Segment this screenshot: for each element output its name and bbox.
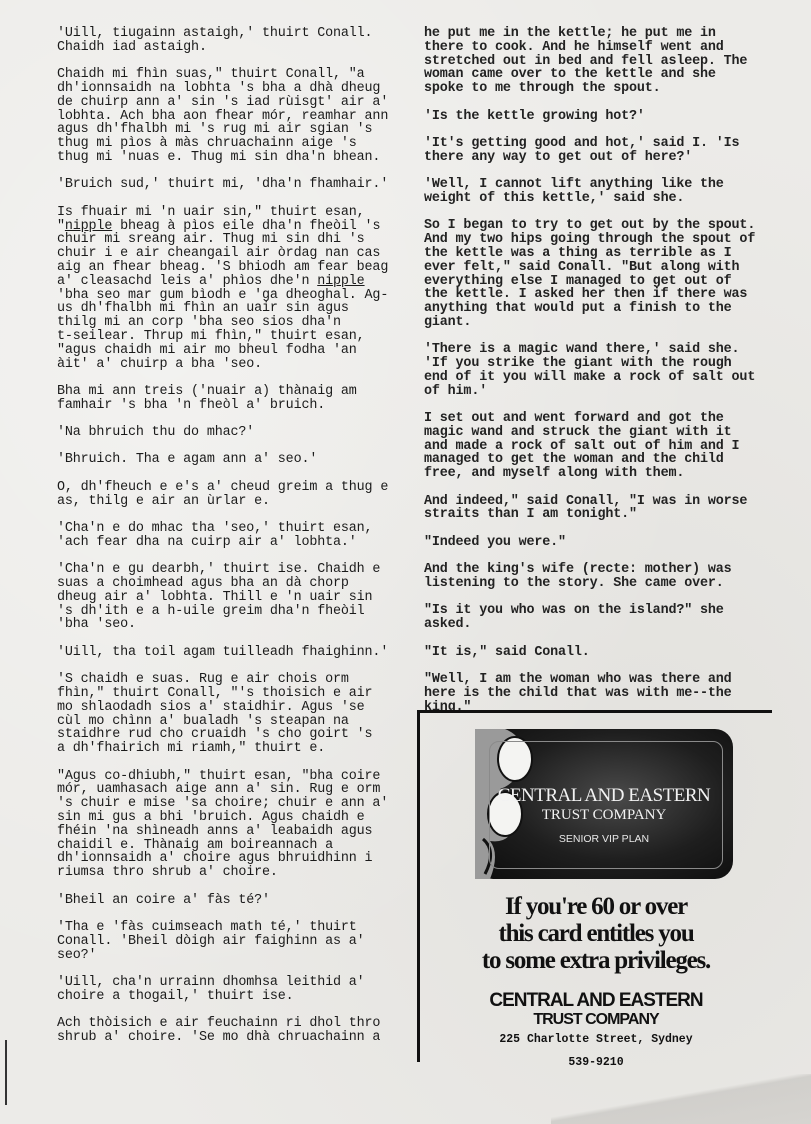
text-line: there to cook. And he himself went and (424, 41, 794, 55)
paragraph: 'Uill, tiugainn astaigh,' thuirt Conall.… (57, 27, 407, 55)
text-line: I set out and went forward and got the (424, 412, 794, 426)
text-line: "agus chaidh mi air mo bheul fodha 'an (57, 344, 407, 358)
text-line: straits than I am tonight." (424, 508, 794, 522)
paragraph: "Indeed you were." (424, 536, 794, 550)
text-line: us dh'fhalbh mi fhìn an uair sin agus (57, 302, 407, 316)
text-line: he put me in the kettle; he put me in (424, 27, 794, 41)
text-line: 'bha 'seo. (57, 618, 407, 632)
paragraph: "Agus co-dhiubh," thuirt esan, "bha coir… (57, 770, 407, 880)
text-line: 'Cha'n e gu dearbh,' thuirt ise. Chaidh … (57, 563, 407, 577)
paragraph: he put me in the kettle; he put me inthe… (424, 27, 794, 96)
card-company-name: CENTRAL AND EASTERN (475, 785, 733, 807)
text-line: managed to get the woman and the child (424, 453, 794, 467)
text-line: mór, uamhasach aige ann a' sin. Rug e or… (57, 783, 407, 797)
text-line: as, thilg e air an ùrlar e. (57, 495, 407, 509)
text-line: thilg mi an corp 'bha seo sios dha'n (57, 316, 407, 330)
text-line: fhéin 'na shìneadh anns a' leabaidh agus (57, 825, 407, 839)
paragraph: 'It's getting good and hot,' said I. 'Is… (424, 137, 794, 165)
text-line: 's chuir e mise 'sa choire; chuir e ann … (57, 797, 407, 811)
text-line: 'Is the kettle growing hot?' (424, 110, 794, 124)
paragraph: And the king's wife (recte: mother) wasl… (424, 563, 794, 591)
card-plan-name: SENIOR VIP PLAN (475, 833, 733, 845)
paragraph: 'Bhruich. Tha e agam ann a' seo.' (57, 453, 407, 467)
text-line: lobhta. Ach bha aon fhear mór, reamhar a… (57, 110, 407, 124)
paragraph: 'Is the kettle growing hot?' (424, 110, 794, 124)
left-column-gaelic-text: 'Uill, tiugainn astaigh,' thuirt Conall.… (57, 27, 407, 1058)
text-line: àit' a' chuirp a bha 'seo. (57, 358, 407, 372)
text-line: And indeed," said Conall, "I was in wors… (424, 495, 794, 509)
text-line: free, and myself along with them. (424, 467, 794, 481)
torn-page-corner (551, 1074, 811, 1124)
paragraph: "Well, I am the woman who was there andh… (424, 673, 794, 714)
paragraph: 'Cha'n e gu dearbh,' thuirt ise. Chaidh … (57, 563, 407, 632)
paragraph: O, dh'fheuch e e's a' cheud greim a thug… (57, 481, 407, 509)
text-line: "nipple bheag à pìos eile dha'n fheòil '… (57, 220, 407, 234)
text-line: dh'ionnsaidh a' choire agus bhruidhinn i (57, 852, 407, 866)
paragraph: 'Uill, tha toil agam tuilleadh fhaighinn… (57, 646, 407, 660)
text-line: thug mi pìos à màs chruachainn aige 's (57, 137, 407, 151)
paragraph: 'Na bhruich thu do mhac?' (57, 426, 407, 440)
text-line: 'bha seo mar gum bìodh e 'ga dheoghal. A… (57, 289, 407, 303)
text-line: Chaidh iad astaigh. (57, 41, 407, 55)
advertisement-box: CENTRAL AND EASTERN TRUST COMPANY SENIOR… (417, 710, 772, 1062)
text-line: asked. (424, 618, 794, 632)
text-line: 'Uill, tha toil agam tuilleadh fhaighinn… (57, 646, 407, 660)
text-line: Chaidh mi fhìn suas," thuirt Conall, "a (57, 68, 407, 82)
text-line: agus dh'fhalbh mi 's rug mi air sgian 's (57, 123, 407, 137)
paragraph: 'Cha'n e do mhac tha 'seo,' thuirt esan,… (57, 522, 407, 550)
text-line: de chuirp ann a' sin 's iad rùisgt' air … (57, 96, 407, 110)
text-line: woman came over to the kettle and she (424, 68, 794, 82)
ad-headline-line: to some extra privileges. (420, 947, 772, 974)
text-line: 'There is a magic wand there,' said she. (424, 343, 794, 357)
text-line: fhìn," thuirt Conall, "'s thoisich e air (57, 687, 407, 701)
text-line: ever felt," said Conall. "But along with (424, 261, 794, 275)
text-line: So I began to try to get out by the spou… (424, 219, 794, 233)
text-line: mo shlaodadh sios a' staidhir. Agus 'se (57, 701, 407, 715)
paragraph: 'S chaidh e suas. Rug e air chois ormfhì… (57, 673, 407, 756)
text-line: cùl mo chìnn a' bualadh 's steapan na (57, 715, 407, 729)
paragraph: 'Uill, cha'n urrainn dhomhsa leithid a'c… (57, 976, 407, 1004)
paragraph: Bha mi ann treis ('nuair a) thànaig amfa… (57, 385, 407, 413)
paragraph: "It is," said Conall. (424, 646, 794, 660)
text-line: And the king's wife (recte: mother) was (424, 563, 794, 577)
text-line: the kettle. I asked her then if there wa… (424, 288, 794, 302)
membership-card-image: CENTRAL AND EASTERN TRUST COMPANY SENIOR… (475, 729, 733, 879)
text-line: spoke to me through the spout. (424, 82, 794, 96)
text-line: Ach thòisich e air feuchainn ri dhol thr… (57, 1017, 407, 1031)
text-line: 'Bruich sud,' thuirt mi, 'dha'n fhamhair… (57, 178, 407, 192)
text-line: magic wand and struck the giant with it (424, 426, 794, 440)
text-line: suas a choimhead agus bha an dà chorp (57, 577, 407, 591)
text-line: famhair 's bha 'n fheòl a' bruich. (57, 399, 407, 413)
text-line: the kettle was a thing as terrible as I (424, 247, 794, 261)
text-line: 'Uill, cha'n urrainn dhomhsa leithid a' (57, 976, 407, 990)
paragraph: And indeed," said Conall, "I was in wors… (424, 495, 794, 523)
ad-headline: If you're 60 or over this card entitles … (420, 893, 772, 974)
text-line: 'If you strike the giant with the rough (424, 357, 794, 371)
ad-headline-line: this card entitles you (420, 920, 772, 947)
text-line: 'Uill, tiugainn astaigh,' thuirt Conall. (57, 27, 407, 41)
text-line: aig an fhear bheag. 'S bhiodh am fear be… (57, 261, 407, 275)
text-line: staidhre rud cho cruaidh 's cho goirt 's (57, 728, 407, 742)
text-line: shrub a' choire. 'Se mo dhà chruachainn … (57, 1031, 407, 1045)
text-line: 'Bheil an coire a' fàs té?' (57, 894, 407, 908)
card-company-subtitle: TRUST COMPANY (475, 807, 733, 824)
text-line: thug mi 'nuas e. Thug mi sin dha'n bhean… (57, 151, 407, 165)
text-line: "Agus co-dhiubh," thuirt esan, "bha coir… (57, 770, 407, 784)
text-line: "Is it you who was on the island?" she (424, 604, 794, 618)
text-line: a dh'fhairich mi riamh," thuirt e. (57, 742, 407, 756)
text-line: a' cleasachd leis a' phìos dhe'n nipple (57, 275, 407, 289)
text-line: "Well, I am the woman who was there and (424, 673, 794, 687)
text-line: of him.' (424, 385, 794, 399)
paragraph: "Is it you who was on the island?" sheas… (424, 604, 794, 632)
text-line: stretched out in bed and fell asleep. Th… (424, 55, 794, 69)
text-line: 'Well, I cannot lift anything like the (424, 178, 794, 192)
text-line: 's dh'ith e a h-uile greim dha'n fheòil (57, 605, 407, 619)
text-line: 'ach fear dha na cuirp air a' lobhta.' (57, 536, 407, 550)
text-line: Bha mi ann treis ('nuair a) thànaig am (57, 385, 407, 399)
text-line: "It is," said Conall. (424, 646, 794, 660)
text-line: 'It's getting good and hot,' said I. 'Is (424, 137, 794, 151)
text-line: riumsa thro shrub a' choire. (57, 866, 407, 880)
text-line: giant. (424, 316, 794, 330)
ad-company-name: CENTRAL AND EASTERN TRUST COMPANY (420, 991, 772, 1028)
text-line: 'S chaidh e suas. Rug e air chois orm (57, 673, 407, 687)
text-line: and made a rock of salt out of him and I (424, 440, 794, 454)
paragraph: 'Well, I cannot lift anything like thewe… (424, 178, 794, 206)
paragraph: Chaidh mi fhìn suas," thuirt Conall, "ad… (57, 68, 407, 165)
text-line: there any way to get out of here?' (424, 151, 794, 165)
paragraph: Ach thòisich e air feuchainn ri dhol thr… (57, 1017, 407, 1045)
text-line: chuir i e air cheangail air òrdag nan ca… (57, 247, 407, 261)
paragraph: 'Bruich sud,' thuirt mi, 'dha'n fhamhair… (57, 178, 407, 192)
text-line: end of it you will make a rock of salt o… (424, 371, 794, 385)
paragraph: So I began to try to get out by the spou… (424, 219, 794, 329)
text-line: seo?' (57, 949, 407, 963)
binding-edge-mark (5, 1040, 7, 1105)
text-line: dheug air a' lobhta. Thill e 'n uair sin (57, 591, 407, 605)
paragraph: 'Bheil an coire a' fàs té?' (57, 894, 407, 908)
ad-address: 225 Charlotte Street, Sydney (420, 1033, 772, 1046)
text-line: dh'ionnsaidh na lobhta 's bha a dhà dheu… (57, 82, 407, 96)
text-line: 'Tha e 'fàs cuimseach math té,' thuirt (57, 921, 407, 935)
text-line: 'Bhruich. Tha e agam ann a' seo.' (57, 453, 407, 467)
paragraph: I set out and went forward and got thema… (424, 412, 794, 481)
text-line: 'Cha'n e do mhac tha 'seo,' thuirt esan, (57, 522, 407, 536)
text-line: here is the child that was with me--the (424, 687, 794, 701)
text-line: weight of this kettle,' said she. (424, 192, 794, 206)
text-line: listening to the story. She came over. (424, 577, 794, 591)
paragraph: 'Tha e 'fàs cuimseach math té,' thuirtCo… (57, 921, 407, 962)
text-line: t-seilear. Thrup mi fhìn," thuirt esan, (57, 330, 407, 344)
ad-headline-line: If you're 60 or over (420, 893, 772, 920)
text-line: O, dh'fheuch e e's a' cheud greim a thug… (57, 481, 407, 495)
paragraph: 'There is a magic wand there,' said she.… (424, 343, 794, 398)
text-line: choire a thogail,' thuirt ise. (57, 990, 407, 1004)
paragraph: Is fhuair mi 'n uair sin," thuirt esan,"… (57, 206, 407, 372)
text-line: 'Na bhruich thu do mhac?' (57, 426, 407, 440)
text-line: And my two hips going through the spout … (424, 233, 794, 247)
ad-phone-number: 539-9210 (420, 1056, 772, 1069)
text-line: sin mi gus a bhi 'bruich. Agus chaidh e (57, 811, 407, 825)
text-line: "Indeed you were." (424, 536, 794, 550)
text-line: anything that would put a finish to the (424, 302, 794, 316)
ad-company-line1: CENTRAL AND EASTERN (420, 991, 772, 1011)
ad-company-line2: TRUST COMPANY (420, 1011, 772, 1028)
right-column-english-text: he put me in the kettle; he put me inthe… (424, 27, 794, 728)
text-line: Conall. 'Bheil dòigh air faighinn as a' (57, 935, 407, 949)
text-line: everything else I managed to get out of (424, 275, 794, 289)
text-line: Is fhuair mi 'n uair sin," thuirt esan, (57, 206, 407, 220)
text-line: chaidil e. Thànaig am boireannach a (57, 839, 407, 853)
text-line: chuir mi sreang air. Thug mi sin dhi 's (57, 233, 407, 247)
